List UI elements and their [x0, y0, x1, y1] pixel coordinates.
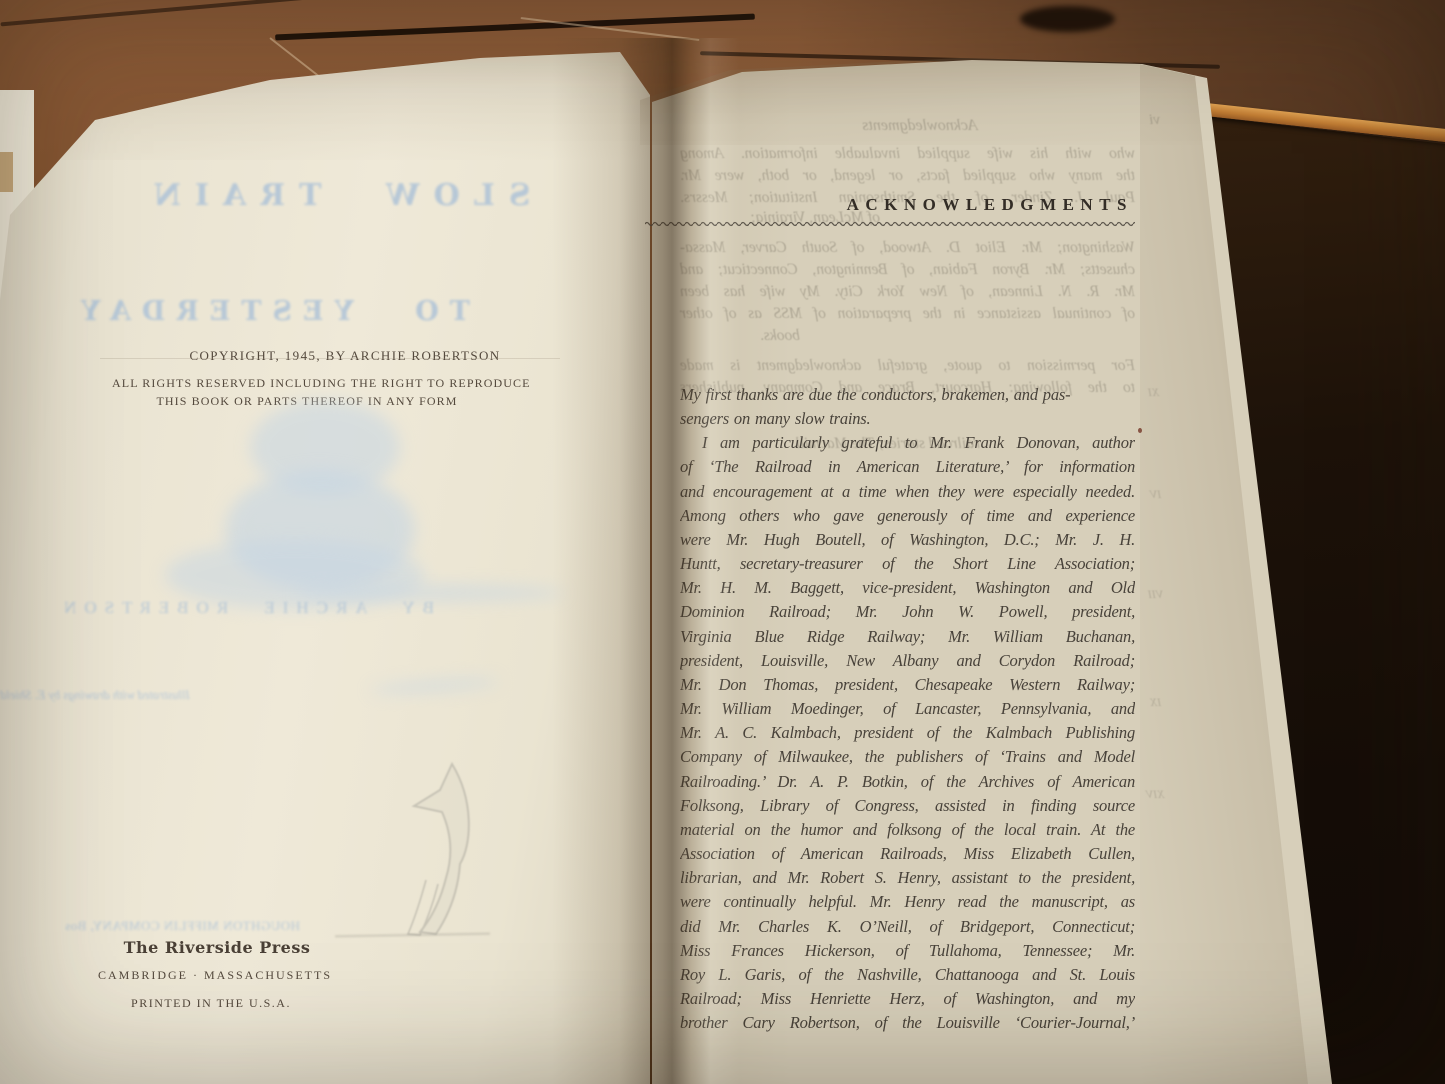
page-top-shading	[0, 40, 655, 160]
show-through-numeral: IV	[1150, 487, 1161, 502]
book-photograph: SLOW TRAIN TO YESTERDAY COPYRIGHT, 1945,…	[0, 0, 1445, 1084]
wood-scratch	[521, 17, 700, 41]
body-line: Among others who gave generously of time…	[680, 504, 1135, 528]
show-through-illustration-credit: Illustrated with drawings by E. Shield	[0, 688, 230, 703]
body-line: Huntt, secretary-treasurer of the Short …	[680, 552, 1135, 576]
show-through-title-1: SLOW TRAIN	[125, 178, 545, 213]
body-line: of ‘The Railroad in American Literature,…	[680, 455, 1135, 479]
right-page: Acknowledgments vi who with his wife sup…	[620, 55, 1320, 1084]
rights-line-2: THIS BOOK OR PARTS THEREOF IN ANY FORM	[107, 394, 507, 409]
show-through-locomotive-sketch	[225, 470, 415, 590]
body-line: Mr. Don Thomas, president, Chesapeake We…	[680, 673, 1135, 697]
body-line: Miss Frances Hickerson, of Tullahoma, Te…	[680, 939, 1135, 963]
body-line: I am particularly grateful to Mr. Frank …	[680, 431, 1135, 455]
wood-knot	[1020, 6, 1115, 32]
wood-seam	[0, 0, 329, 26]
body-line: and encouragement at a time when they we…	[680, 480, 1135, 504]
fox-sketch	[396, 760, 488, 942]
body-line: My first thanks are due the conductors, …	[680, 383, 1135, 407]
body-line: Railroading.’ Dr. A. P. Botkin, of the A…	[680, 770, 1135, 794]
copyright-line: COPYRIGHT, 1945, BY ARCHIE ROBERTSON	[145, 348, 545, 364]
body-line: Mr. H. M. Baggett, vice-president, Washi…	[680, 576, 1135, 600]
show-through-page-number: vi	[1120, 112, 1160, 129]
body-line: material on the humor and folksong of th…	[680, 818, 1135, 842]
wavy-rule	[645, 219, 1135, 228]
body-line: Railroad; Miss Henriette Herz, of Washin…	[680, 987, 1135, 1011]
show-through-numeral: XIV	[1146, 787, 1165, 802]
show-through-line: Mr. R. N. Linnean, of New York City. My …	[680, 281, 1135, 303]
show-through-line: of continual assistance in the preparati…	[680, 303, 1135, 325]
show-through-numeral: XI	[1148, 385, 1159, 400]
show-through-line: chusetts; Mr. Byron Fabian, of Benningto…	[680, 259, 1135, 281]
body-line: were Mr. Hugh Boutell, of Washington, D.…	[680, 528, 1135, 552]
wood-seam	[275, 14, 755, 41]
imprint-city: CAMBRIDGE · MASSACHUSETTS	[65, 968, 365, 983]
show-through-line: books.	[680, 325, 800, 347]
show-through-byline: BY ARCHIE ROBERTSON	[0, 598, 495, 618]
paper-speck	[1138, 428, 1142, 433]
left-page: SLOW TRAIN TO YESTERDAY COPYRIGHT, 1945,…	[0, 40, 655, 1084]
page-curve-shading	[1140, 55, 1320, 1084]
body-line: librarian, and Mr. Robert S. Henry, assi…	[680, 866, 1135, 890]
page-edge-gap	[0, 152, 13, 192]
body-line: brother Cary Robertson, of the Louisvill…	[680, 1011, 1135, 1035]
show-through-running-head: Acknowledgments	[770, 117, 1070, 135]
show-through-numeral: VII	[1148, 587, 1163, 602]
show-through-locomotive-sketch	[250, 400, 400, 495]
body-line: president, Louisville, New Albany and Co…	[680, 649, 1135, 673]
sketch-ground-line	[335, 933, 490, 938]
show-through-title-2: TO YESTERDAY	[60, 296, 480, 327]
body-line: Mr. William Moedinger, of Lancaster, Pen…	[680, 697, 1135, 721]
show-through-line: For permission to quote, grateful acknow…	[680, 355, 1135, 377]
body-line: Dominion Railroad; Mr. John W. Powell, p…	[680, 600, 1135, 624]
rights-line-1: ALL RIGHTS RESERVED INCLUDING THE RIGHT …	[112, 376, 512, 391]
body-line: Association of American Railroads, Miss …	[680, 842, 1135, 866]
body-line: Virginia Blue Ridge Railway; Mr. William…	[680, 625, 1135, 649]
body-line: were continually helpful. Mr. Henry read…	[680, 890, 1135, 914]
body-line: did Mr. Charles K. O’Neill, of Bridgepor…	[680, 915, 1135, 939]
show-through-line: the many who supplied facts, or legend, …	[680, 165, 1135, 187]
body-line: Roy L. Garis, of the Nashville, Chattano…	[680, 963, 1135, 987]
show-through-line: Washington; Mr. Eliot D. Atwood, of Sout…	[680, 237, 1135, 259]
body-line: Folksong, Library of Congress, assisted …	[680, 794, 1135, 818]
table-edge-strip	[1187, 101, 1445, 142]
show-through-line: who with his wife supplied invaluable in…	[680, 143, 1135, 165]
show-through-flourish	[370, 675, 501, 696]
show-through-publisher: HOUGHTON MIFFLIN COMPANY, Bos	[0, 918, 300, 934]
show-through-numeral: IX	[1150, 695, 1161, 710]
body-line: Company of Milwaukee, the publishers of …	[680, 745, 1135, 769]
page-title: ACKNOWLEDGMENTS	[847, 195, 1133, 215]
body-line: sengers on many slow trains.	[680, 407, 1135, 431]
body-line: Mr. A. C. Kalmbach, president of the Kal…	[680, 721, 1135, 745]
imprint-printed: PRINTED IN THE U.S.A.	[61, 996, 361, 1011]
imprint-press: The Riverside Press	[67, 938, 367, 957]
